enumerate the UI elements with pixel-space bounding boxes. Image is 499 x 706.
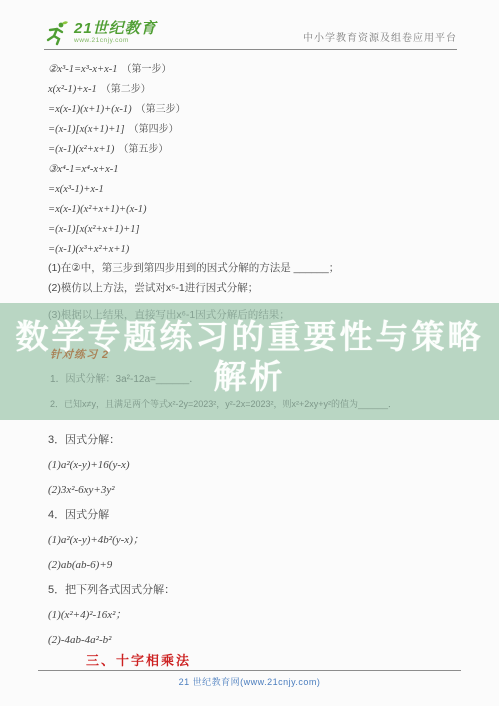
leaf-shape: [62, 21, 68, 24]
footer-site-text: 21 世纪教育网(www.21cnjy.com): [0, 675, 499, 688]
exercise-formula: (1)a²(x-y)+16(y-x): [48, 453, 469, 478]
exercise-formula: (1)a²(x-y)+4b²(y-x)；: [48, 528, 469, 553]
platform-text: 中小学教育资源及组卷应用平台: [303, 29, 457, 46]
worksheet-page: 21世纪教育 www.21cnjy.com 中小学教育资源及组卷应用平台 ②x³…: [0, 0, 499, 706]
page-header: 21世纪教育 www.21cnjy.com 中小学教育资源及组卷应用平台: [44, 10, 457, 50]
step-note: （第三步）: [136, 104, 186, 115]
math-step-line: =(x-1)(x³+x²+x+1): [48, 238, 469, 258]
exercise-formula: (2)ab(ab-6)+9: [48, 553, 469, 578]
step-note: （第五步）: [118, 144, 168, 155]
runner-icon: [44, 20, 70, 46]
formula-text: =(x-1)(x³+x²+x+1): [48, 244, 129, 255]
formula-text: =(x-1)(x²+x+1): [48, 144, 114, 155]
logo-text: 21世纪教育 www.21cnjy.com: [74, 21, 157, 45]
math-step-line: ②x³-1=x³-x+x-1（第一步）: [48, 58, 469, 78]
math-derivation-block: ②x³-1=x³-x+x-1（第一步） x(x²-1)+x-1（第二步） =x(…: [48, 58, 469, 298]
math-step-line: =x(x-1)(x+1)+(x-1)（第三步）: [48, 98, 469, 118]
math-step-line: x(x²-1)+x-1（第二步）: [48, 78, 469, 98]
math-step-line: =(x-1)[x(x²+x+1)+1]: [48, 218, 469, 238]
overlay-title-line2: 解析: [0, 357, 499, 397]
exercise-heading: 5．把下列各式因式分解：: [48, 578, 469, 603]
formula-text: =x(x-1)(x+1)+(x-1): [48, 104, 132, 115]
exercise-formula: (2)3x²-6xy+3y²: [48, 478, 469, 503]
section-heading-cross-multiplication: 三、十字相乘法: [86, 650, 191, 669]
exercise-heading: 3．因式分解：: [48, 428, 469, 453]
formula-text: =x(x-1)(x²+x+1)+(x-1): [48, 204, 147, 215]
formula-text: ③x⁴-1=x⁴-x+x-1: [48, 164, 119, 175]
formula-text: x(x²-1)+x-1: [48, 84, 97, 95]
exercises-block: 3．因式分解： (1)a²(x-y)+16(y-x) (2)3x²-6xy+3y…: [48, 428, 469, 653]
overlay-title: 数学专题练习的重要性与策略 解析: [0, 317, 499, 397]
practice-question-2: 2．已知x≠y，且满足两个等式x²-2y=2023²，y²-2x=2023²，则…: [50, 397, 397, 410]
math-step-line: =x(x³-1)+x-1: [48, 178, 469, 198]
formula-text: =(x-1)[x(x+1)+1]: [48, 124, 125, 135]
exercise-heading: 4．因式分解: [48, 503, 469, 528]
formula-text: =x(x³-1)+x-1: [48, 184, 104, 195]
exercise-formula: (1)(x²+4)²-16x²；: [48, 603, 469, 628]
footer-divider: [38, 670, 461, 671]
question-line: (1)在②中，第三步到第四步用到的因式分解的方法是 ______；: [48, 258, 469, 278]
question-line: (2)模仿以上方法，尝试对x⁵-1进行因式分解；: [48, 278, 469, 298]
step-note: （第一步）: [122, 64, 172, 75]
formula-text: =(x-1)[x(x²+x+1)+1]: [48, 224, 140, 235]
green-overlay-band: (3)根据以上结果，直接写出x⁶-1因式分解后的结果； 针对练习 2 1．因式分…: [0, 303, 499, 420]
formula-text: ②x³-1=x³-x+x-1: [48, 64, 118, 75]
overlay-title-line1: 数学专题练习的重要性与策略: [0, 317, 499, 357]
logo: 21世纪教育 www.21cnjy.com: [44, 20, 157, 46]
step-note: （第二步）: [101, 84, 151, 95]
math-step-line: =x(x-1)(x²+x+1)+(x-1): [48, 198, 469, 218]
math-step-line: =(x-1)(x²+x+1)（第五步）: [48, 138, 469, 158]
step-note: （第四步）: [129, 124, 179, 135]
math-step-line: ③x⁴-1=x⁴-x+x-1: [48, 158, 469, 178]
logo-url: www.21cnjy.com: [74, 38, 157, 45]
logo-title: 21世纪教育: [74, 21, 157, 36]
math-step-line: =(x-1)[x(x+1)+1]（第四步）: [48, 118, 469, 138]
